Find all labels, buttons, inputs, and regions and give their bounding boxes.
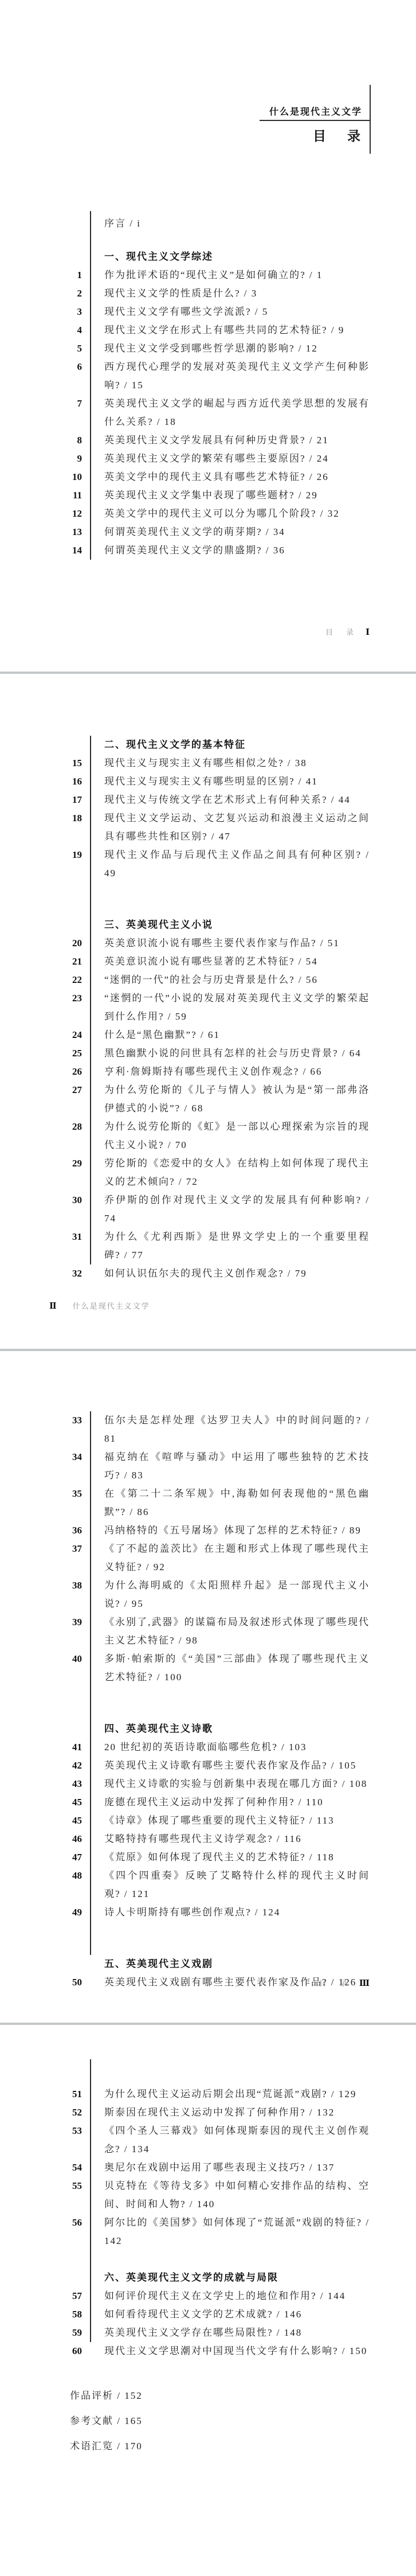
- entry-number: 5: [0, 339, 82, 358]
- entry-text: 多斯·帕索斯的《“美国”三部曲》体现了哪些现代主义艺术特征? / 100: [104, 1650, 370, 1687]
- entry-text: 阿尔比的《美国梦》如何体现了“荒诞派”戏剧的特征? / 142: [104, 2214, 370, 2250]
- backmatter-entry: 参考文献 / 165: [70, 2412, 416, 2430]
- toc-entry: 34福克纳在《喧哗与骚动》中运用了哪些独特的艺术技巧? / 83: [0, 1448, 416, 1485]
- toc-entry: 15现代主义与现实主义有哪些相似之处? / 38: [0, 754, 416, 772]
- entry-text: 《四个四重奏》反映了艾略特什么样的现代主义时间观? / 121: [104, 1867, 370, 1903]
- entry-text: 伍尔夫是怎样处理《达罗卫夫人》中的时间问题的? / 81: [104, 1411, 370, 1448]
- entry-text: 现代主义作品与后现代主义作品之间具有何种区别? / 49: [104, 846, 370, 883]
- toc-entry: 35在《第二十二条军规》中,海勒如何表现他的“黑色幽默”? / 86: [0, 1485, 416, 1521]
- toc-entry: 46艾略特持有哪些现代主义诗学观念? / 116: [0, 1830, 416, 1848]
- toc-entry: 27为什么劳伦斯的《儿子与情人》被认为是“第一部弗洛伊德式的小说”? / 68: [0, 1081, 416, 1118]
- toc-entry: 16现代主义与现实主义有哪些明显的区别? / 41: [0, 772, 416, 791]
- toc-entry: 8英美现代主义文学发展具有何种历史背景? / 21: [0, 431, 416, 450]
- entry-number: 52: [0, 2103, 82, 2122]
- toc-entry: 26亨利·詹姆斯持有哪些现代主义创作观念? / 66: [0, 1063, 416, 1081]
- toc-entry: 17现代主义与传统文学在艺术形式上有何种关系? / 44: [0, 791, 416, 809]
- entry-text: 英美文学中的现代主义具有哪些艺术特征? / 26: [104, 468, 370, 486]
- entry-number: 1: [0, 266, 82, 284]
- entry-number: 22: [0, 971, 82, 989]
- entry-text: 现代主义与现实主义有哪些明显的区别? / 41: [104, 772, 370, 791]
- entry-text: 英美文学中的现代主义可以分为哪几个阶段? / 32: [104, 505, 370, 523]
- toc-entry: 36冯纳格特的《五号屠场》体现了怎样的艺术特征? / 89: [0, 1521, 416, 1540]
- toc-page-3: 33伍尔夫是怎样处理《达罗卫夫人》中的时间问题的? / 8134福克纳在《喧哗与…: [0, 1351, 416, 2023]
- toc-entry: 33伍尔夫是怎样处理《达罗卫夫人》中的时间问题的? / 81: [0, 1411, 416, 1448]
- entry-number: 27: [0, 1081, 82, 1099]
- entry-number: 36: [0, 1521, 82, 1540]
- entry-text: 《诗章》体现了哪些重要的现代主义特征? / 113: [104, 1812, 370, 1830]
- entry-number: 49: [0, 1903, 82, 1922]
- toc-entry: 21英美意识流小说有哪些显著的艺术特征? / 54: [0, 953, 416, 971]
- entry-text: 为什么劳伦斯的《儿子与情人》被认为是“第一部弗洛伊德式的小说”? / 68: [104, 1081, 370, 1118]
- entry-number: 37: [0, 1540, 82, 1558]
- entry-number: 12: [0, 505, 82, 523]
- entry-number: 31: [0, 1228, 82, 1246]
- entry-text: 现代主义与现实主义有哪些相似之处? / 38: [104, 754, 370, 772]
- toc-page-4: 51为什么现代主义运动后期会出现“荒诞派”戏剧? / 12952斯泰因在现代主义…: [0, 2025, 416, 2576]
- entry-number: 57: [0, 2287, 82, 2305]
- entry-number: 14: [0, 541, 82, 560]
- toc-entry: 45庞德在现代主义运动中发挥了何种作用? / 110: [0, 1793, 416, 1812]
- toc-entry: 60现代主义文学思潮对中国现当代文学有什么影响? / 150: [0, 2342, 416, 2360]
- entry-text: 英美现代主义文学的繁荣有哪些主要原因? / 24: [104, 450, 370, 468]
- entry-number: 47: [0, 1848, 82, 1867]
- entry-text: 福克纳在《喧哗与骚动》中运用了哪些独特的艺术技巧? / 83: [104, 1448, 370, 1485]
- toc-entry: 22“迷惘的一代”的社会与历史背景是什么? / 56: [0, 971, 416, 989]
- entry-text: 英美意识流小说有哪些显著的艺术特征? / 54: [104, 953, 370, 971]
- footer-page-number: Ⅰ: [366, 628, 370, 637]
- toc-entries: 二、现代主义文学的基本特征15现代主义与现实主义有哪些相似之处? / 3816现…: [0, 674, 416, 1283]
- toc-entry: 12英美文学中的现代主义可以分为哪几个阶段? / 32: [0, 505, 416, 523]
- entry-text: 西方现代心理学的发展对英美现代主义文学产生何种影响? / 15: [104, 358, 370, 395]
- entry-number: 4: [0, 321, 82, 339]
- toc-entries: 51为什么现代主义运动后期会出现“荒诞派”戏剧? / 12952斯泰因在现代主义…: [0, 2025, 416, 2456]
- entry-text: 现代主义与传统文学在艺术形式上有何种关系? / 44: [104, 791, 370, 809]
- entry-text: 何谓英美现代主义文学的鼎盛期? / 36: [104, 541, 370, 560]
- entry-text: 如何看待现代主义文学的艺术成就? / 146: [104, 2305, 370, 2324]
- entry-number: 17: [0, 791, 82, 809]
- entry-text: 现代主义文学有哪些文学流派? / 5: [104, 303, 370, 321]
- toc-entries: 33伍尔夫是怎样处理《达罗卫夫人》中的时间问题的? / 8134福克纳在《喧哗与…: [0, 1351, 416, 1992]
- entry-number: 32: [0, 1264, 82, 1283]
- entry-text: 诗人卡明斯持有哪些创作观点? / 124: [104, 1903, 370, 1922]
- toc-entry: 2现代主义文学的性质是什么? / 3: [0, 284, 416, 303]
- entry-text: 为什么海明威的《太阳照样升起》是一部现代主义小说? / 95: [104, 1576, 370, 1613]
- entry-number: 34: [0, 1448, 82, 1466]
- toc-entry: 39《永别了,武器》的谋篇布局及叙述形式体现了哪些现代主义艺术特征? / 98: [0, 1613, 416, 1650]
- entry-number: 59: [0, 2324, 82, 2342]
- entry-number: 51: [0, 2085, 82, 2103]
- toc-entry: 57如何评价现代主义在文学史上的地位和作用? / 144: [0, 2287, 416, 2305]
- entry-text: 什么是“黑色幽默”? / 61: [104, 1026, 370, 1044]
- toc-entry: 56阿尔比的《美国梦》如何体现了“荒诞派”戏剧的特征? / 142: [0, 2214, 416, 2250]
- entry-text: 贝克特在《等待戈多》中如何精心安排作品的结构、空间、时间和人物? / 140: [104, 2177, 370, 2214]
- entry-text: 英美意识流小说有哪些主要代表作家与作品? / 51: [104, 934, 370, 953]
- footer-toc-label: 目 录: [319, 1979, 350, 1988]
- entry-number: 35: [0, 1485, 82, 1503]
- entry-text: 奥尼尔在戏剧中运用了哪些表现主义技巧? / 137: [104, 2159, 370, 2177]
- entry-number: 53: [0, 2122, 82, 2140]
- entry-text: 如何认识伍尔夫的现代主义创作观念? / 79: [104, 1264, 370, 1283]
- section-title: 三、英美现代主义小说: [104, 916, 416, 934]
- footer-page-number: Ⅱ: [49, 1302, 57, 1311]
- entry-number: 9: [0, 450, 82, 468]
- entry-text: 何谓英美现代主义文学的萌芽期? / 34: [104, 523, 370, 541]
- entry-text: 英美现代主义文学存在哪些局限性? / 148: [104, 2324, 370, 2342]
- entry-text: 乔伊斯的创作对现代主义文学的发展具有何种影响? / 74: [104, 1191, 370, 1228]
- entry-number: 30: [0, 1191, 82, 1209]
- toc-entry: 24什么是“黑色幽默”? / 61: [0, 1026, 416, 1044]
- entry-number: 29: [0, 1154, 82, 1173]
- toc-entry: 20英美意识流小说有哪些主要代表作家与作品? / 51: [0, 934, 416, 953]
- toc-entry: 4120 世纪初的英语诗歌面临哪些危机? / 103: [0, 1738, 416, 1757]
- entry-number: 13: [0, 523, 82, 541]
- toc-entry: 6西方现代心理学的发展对英美现代主义文学产生何种影响? / 15: [0, 358, 416, 395]
- entry-text: “迷惘的一代”的社会与历史背景是什么? / 56: [104, 971, 370, 989]
- entry-number: 50: [0, 1973, 82, 1992]
- page-footer: Ⅱ什么是现代主义文学: [49, 1300, 150, 1312]
- entry-number: 45: [0, 1793, 82, 1812]
- entry-number: 20: [0, 934, 82, 953]
- entry-text: 英美现代主义文学发展具有何种历史背景? / 21: [104, 431, 370, 450]
- entry-number: 60: [0, 2342, 82, 2360]
- entry-number: 24: [0, 1026, 82, 1044]
- entry-text: 《了不起的盖茨比》在主题和形式上体现了哪些现代主义特征? / 92: [104, 1540, 370, 1576]
- entry-text: 《荒原》如何体现了现代主义的艺术特征? / 118: [104, 1848, 370, 1867]
- entry-number: 55: [0, 2177, 82, 2195]
- section-title: 一、现代主义文学综述: [104, 248, 416, 266]
- entry-number: 42: [0, 1757, 82, 1775]
- entry-number: 43: [0, 1775, 82, 1793]
- entry-text: 为什么说劳伦斯的《虹》是一部以心理探索为宗旨的现代主义小说? / 70: [104, 1118, 370, 1154]
- toc-page-2: 二、现代主义文学的基本特征15现代主义与现实主义有哪些相似之处? / 3816现…: [0, 674, 416, 1349]
- backmatter-entry: 作品评析 / 152: [70, 2387, 416, 2405]
- toc-entry: 5现代主义文学受到哪些哲学思潮的影响? / 12: [0, 339, 416, 358]
- entry-number: 8: [0, 431, 82, 450]
- entry-text: 20 世纪初的英语诗歌面临哪些危机? / 103: [104, 1738, 370, 1757]
- section-title: 四、英美现代主义诗歌: [104, 1720, 416, 1738]
- entry-text: 作为批评术语的“现代主义”是如何确立的? / 1: [104, 266, 370, 284]
- toc-entry: 55贝克特在《等待戈多》中如何精心安排作品的结构、空间、时间和人物? / 140: [0, 2177, 416, 2214]
- toc-entry: 4现代主义文学在形式上有哪些共同的艺术特征? / 9: [0, 321, 416, 339]
- page-footer: 目 录Ⅰ: [325, 626, 370, 638]
- toc-entry: 43现代主义诗歌的实验与创新集中表现在哪几方面? / 108: [0, 1775, 416, 1793]
- backmatter-entry: 术语汇览 / 170: [70, 2437, 416, 2456]
- entry-text: 现代主义文学在形式上有哪些共同的艺术特征? / 9: [104, 321, 370, 339]
- footer-toc-label: 目 录: [325, 628, 356, 637]
- toc-entry: 52斯泰因在现代主义运动中发挥了何种作用? / 132: [0, 2103, 416, 2122]
- entry-text: 如何评价现代主义在文学史上的地位和作用? / 144: [104, 2287, 370, 2305]
- toc-entry: 1作为批评术语的“现代主义”是如何确立的? / 1: [0, 266, 416, 284]
- entry-number: 10: [0, 468, 82, 486]
- toc-entry: 28为什么说劳伦斯的《虹》是一部以心理探索为宗旨的现代主义小说? / 70: [0, 1118, 416, 1154]
- entry-number: 46: [0, 1830, 82, 1848]
- toc-entry: 11英美现代主义文学集中表现了哪些题材? / 29: [0, 486, 416, 505]
- entry-number: 39: [0, 1613, 82, 1632]
- toc-entry: 23“迷惘的一代”小说的发展对英美现代主义文学的繁荣起到什么作用? / 59: [0, 989, 416, 1026]
- toc-entry: 42英美现代主义诗歌有哪些主要代表作家及作品? / 105: [0, 1757, 416, 1775]
- toc-entry: 54奥尼尔在戏剧中运用了哪些表现主义技巧? / 137: [0, 2159, 416, 2177]
- entry-number: 33: [0, 1411, 82, 1430]
- entry-text: “迷惘的一代”小说的发展对英美现代主义文学的繁荣起到什么作用? / 59: [104, 989, 370, 1026]
- toc-entry: 19现代主义作品与后现代主义作品之间具有何种区别? / 49: [0, 846, 416, 883]
- entry-text: 亨利·詹姆斯持有哪些现代主义创作观念? / 66: [104, 1063, 370, 1081]
- toc-entry: 51为什么现代主义运动后期会出现“荒诞派”戏剧? / 129: [0, 2085, 416, 2103]
- toc-entry: 9英美现代主义文学的繁荣有哪些主要原因? / 24: [0, 450, 416, 468]
- entry-text: 英美现代主义诗歌有哪些主要代表作家及作品? / 105: [104, 1757, 370, 1775]
- entry-text: 劳伦斯的《恋爱中的女人》在结构上如何体现了现代主义的艺术倾向? / 72: [104, 1154, 370, 1191]
- entry-number: 26: [0, 1063, 82, 1081]
- entry-number: 28: [0, 1118, 82, 1136]
- entry-number: 18: [0, 809, 82, 828]
- toc-entry: 53《四个圣人三幕戏》如何体现斯泰因的现代主义创作观念? / 134: [0, 2122, 416, 2159]
- toc-entry: 58如何看待现代主义文学的艺术成就? / 146: [0, 2305, 416, 2324]
- toc-entry: 47《荒原》如何体现了现代主义的艺术特征? / 118: [0, 1848, 416, 1867]
- preface-entry: 序言 / i: [104, 214, 416, 233]
- entry-number: 54: [0, 2159, 82, 2177]
- entry-number: 40: [0, 1650, 82, 1668]
- entry-number: 25: [0, 1044, 82, 1063]
- footer-book-title: 什么是现代主义文学: [73, 1302, 150, 1310]
- entry-number: 21: [0, 953, 82, 971]
- footer-page-number: Ⅲ: [359, 1979, 370, 1988]
- section-title: 六、英美现代主义文学的成就与局限: [104, 2269, 416, 2287]
- entry-number: 11: [0, 486, 82, 505]
- section-title: 二、现代主义文学的基本特征: [104, 736, 416, 754]
- entry-number: 7: [0, 395, 82, 413]
- entry-text: 艾略特持有哪些现代主义诗学观念? / 116: [104, 1830, 370, 1848]
- entry-text: 在《第二十二条军规》中,海勒如何表现他的“黑色幽默”? / 86: [104, 1485, 370, 1521]
- entry-text: 现代主义诗歌的实验与创新集中表现在哪几方面? / 108: [104, 1775, 370, 1793]
- entry-number: 45: [0, 1812, 82, 1830]
- entry-number: 48: [0, 1867, 82, 1885]
- toc-entry: 40多斯·帕索斯的《“美国”三部曲》体现了哪些现代主义艺术特征? / 100: [0, 1650, 416, 1687]
- entry-number: 3: [0, 303, 82, 321]
- entry-number: 19: [0, 846, 82, 864]
- entry-text: 庞德在现代主义运动中发挥了何种作用? / 110: [104, 1793, 370, 1812]
- entry-text: 《永别了,武器》的谋篇布局及叙述形式体现了哪些现代主义艺术特征? / 98: [104, 1613, 370, 1650]
- toc-entry: 32如何认识伍尔夫的现代主义创作观念? / 79: [0, 1264, 416, 1283]
- entry-text: 现代主义文学运动、文艺复兴运动和浪漫主义运动之间具有哪些共性和区别? / 47: [104, 809, 370, 846]
- entry-text: 现代主义文学受到哪些哲学思潮的影响? / 12: [104, 339, 370, 358]
- toc-entry: 37《了不起的盖茨比》在主题和形式上体现了哪些现代主义特征? / 92: [0, 1540, 416, 1576]
- entry-number: 2: [0, 284, 82, 303]
- toc-entry: 3现代主义文学有哪些文学流派? / 5: [0, 303, 416, 321]
- toc-entries: 序言 / i一、现代主义文学综述1作为批评术语的“现代主义”是如何确立的? / …: [0, 0, 416, 560]
- toc-entry: 7英美现代主义文学的崛起与西方近代美学思想的发展有什么关系? / 18: [0, 395, 416, 431]
- entry-number: 38: [0, 1576, 82, 1595]
- toc-entry: 10英美文学中的现代主义具有哪些艺术特征? / 26: [0, 468, 416, 486]
- toc-entry: 38为什么海明威的《太阳照样升起》是一部现代主义小说? / 95: [0, 1576, 416, 1613]
- entry-text: 斯泰因在现代主义运动中发挥了何种作用? / 132: [104, 2103, 370, 2122]
- toc-entry: 30乔伊斯的创作对现代主义文学的发展具有何种影响? / 74: [0, 1191, 416, 1228]
- toc-entry: 14何谓英美现代主义文学的鼎盛期? / 36: [0, 541, 416, 560]
- entry-text: 英美现代主义文学的崛起与西方近代美学思想的发展有什么关系? / 18: [104, 395, 370, 431]
- toc-entry: 49诗人卡明斯持有哪些创作观点? / 124: [0, 1903, 416, 1922]
- entry-text: 为什么现代主义运动后期会出现“荒诞派”戏剧? / 129: [104, 2085, 370, 2103]
- entry-number: 41: [0, 1738, 82, 1757]
- entry-number: 15: [0, 754, 82, 772]
- entry-number: 56: [0, 2214, 82, 2232]
- toc-entry: 31为什么《尤利西斯》是世界文学史上的一个重要里程碑? / 77: [0, 1228, 416, 1264]
- entry-text: 冯纳格特的《五号屠场》体现了怎样的艺术特征? / 89: [104, 1521, 370, 1540]
- page-footer: 目 录Ⅲ: [319, 1977, 370, 1989]
- section-title: 五、英美现代主义戏剧: [104, 1955, 416, 1973]
- entry-number: 58: [0, 2305, 82, 2324]
- toc-entry: 45《诗章》体现了哪些重要的现代主义特征? / 113: [0, 1812, 416, 1830]
- entry-text: 黑色幽默小说的问世具有怎样的社会与历史背景? / 64: [104, 1044, 370, 1063]
- toc-entry: 48《四个四重奏》反映了艾略特什么样的现代主义时间观? / 121: [0, 1867, 416, 1903]
- toc-entry: 25黑色幽默小说的问世具有怎样的社会与历史背景? / 64: [0, 1044, 416, 1063]
- entry-text: 英美现代主义文学集中表现了哪些题材? / 29: [104, 486, 370, 505]
- entry-text: 《四个圣人三幕戏》如何体现斯泰因的现代主义创作观念? / 134: [104, 2122, 370, 2159]
- toc-entry: 29劳伦斯的《恋爱中的女人》在结构上如何体现了现代主义的艺术倾向? / 72: [0, 1154, 416, 1191]
- entry-number: 23: [0, 989, 82, 1008]
- entry-text: 为什么《尤利西斯》是世界文学史上的一个重要里程碑? / 77: [104, 1228, 370, 1264]
- entry-text: 现代主义文学的性质是什么? / 3: [104, 284, 370, 303]
- toc-entry: 13何谓英美现代主义文学的萌芽期? / 34: [0, 523, 416, 541]
- toc-page-1: 什么是现代主义文学 目 录 序言 / i一、现代主义文学综述1作为批评术语的“现…: [0, 0, 416, 672]
- entry-number: 6: [0, 358, 82, 376]
- entry-text: 现代主义文学思潮对中国现当代文学有什么影响? / 150: [104, 2342, 370, 2360]
- entry-number: 16: [0, 772, 82, 791]
- toc-entry: 18现代主义文学运动、文艺复兴运动和浪漫主义运动之间具有哪些共性和区别? / 4…: [0, 809, 416, 846]
- toc-entry: 59英美现代主义文学存在哪些局限性? / 148: [0, 2324, 416, 2342]
